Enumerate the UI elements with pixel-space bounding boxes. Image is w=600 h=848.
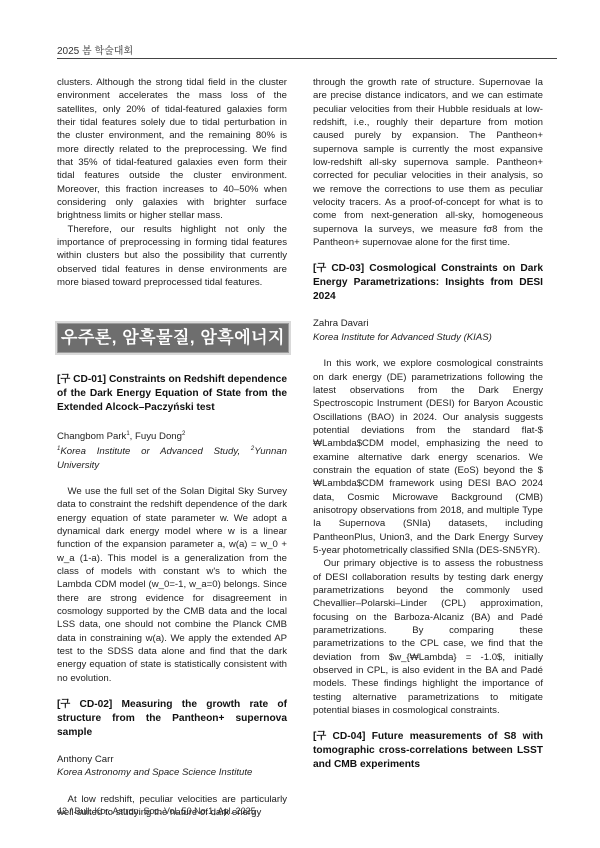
- abstract-affiliation-cd03: Korea Institute for Advanced Study (KIAS…: [313, 331, 543, 344]
- abstract-body-cd01: We use the full set of the Solan Digital…: [57, 485, 287, 685]
- abstract-affiliation-cd02: Korea Astronomy and Space Science Instit…: [57, 766, 287, 779]
- author-name: Changbom Park: [57, 431, 126, 442]
- abstract-body-cd03: Our primary objective is to assess the r…: [313, 557, 543, 717]
- abstract-body-cd03: In this work, we explore cosmological co…: [313, 357, 543, 557]
- affiliation-name: Korea Institute or Advanced Study,: [60, 446, 251, 457]
- abstract-authors-cd02: Anthony Carr: [57, 753, 287, 766]
- right-column: through the growth rate of structure. Su…: [313, 76, 543, 772]
- author-superscript: 2: [182, 431, 185, 437]
- page-footer: 42 / Bull. Kor. Astron. Soc. Vol. 50 No.…: [57, 806, 256, 816]
- abstract-title-cd02: [구 CD-02] Measuring the growth rate of s…: [57, 698, 287, 740]
- abstract-authors-cd03: Zahra Davari: [313, 317, 543, 330]
- abstract-title-cd03: [구 CD-03] Cosmological Constraints on Da…: [313, 262, 543, 304]
- section-banner: 우주론, 암흑물질, 암흑에너지: [57, 323, 289, 353]
- abstract-title-cd01: [구 CD-01] Constraints on Redshift depend…: [57, 373, 287, 415]
- conference-title: 2025 봄 학술대회: [57, 42, 133, 57]
- running-header: 2025 봄 학술대회: [57, 38, 557, 59]
- abstract-title-cd04: [구 CD-04] Future measurements of S8 with…: [313, 730, 543, 772]
- left-column: clusters. Although the strong tidal fiel…: [57, 76, 287, 819]
- abstract-body-cd02-continued: through the growth rate of structure. Su…: [313, 76, 543, 249]
- body-paragraph: Therefore, our results highlight not onl…: [57, 223, 287, 290]
- abstract-affiliation-cd01: 1Korea Institute or Advanced Study, 2Yun…: [57, 443, 287, 472]
- body-paragraph: clusters. Although the strong tidal fiel…: [57, 76, 287, 223]
- abstract-authors-cd01: Changbom Park1, Fuyu Dong2: [57, 428, 287, 444]
- author-name: Fuyu Dong: [135, 431, 182, 442]
